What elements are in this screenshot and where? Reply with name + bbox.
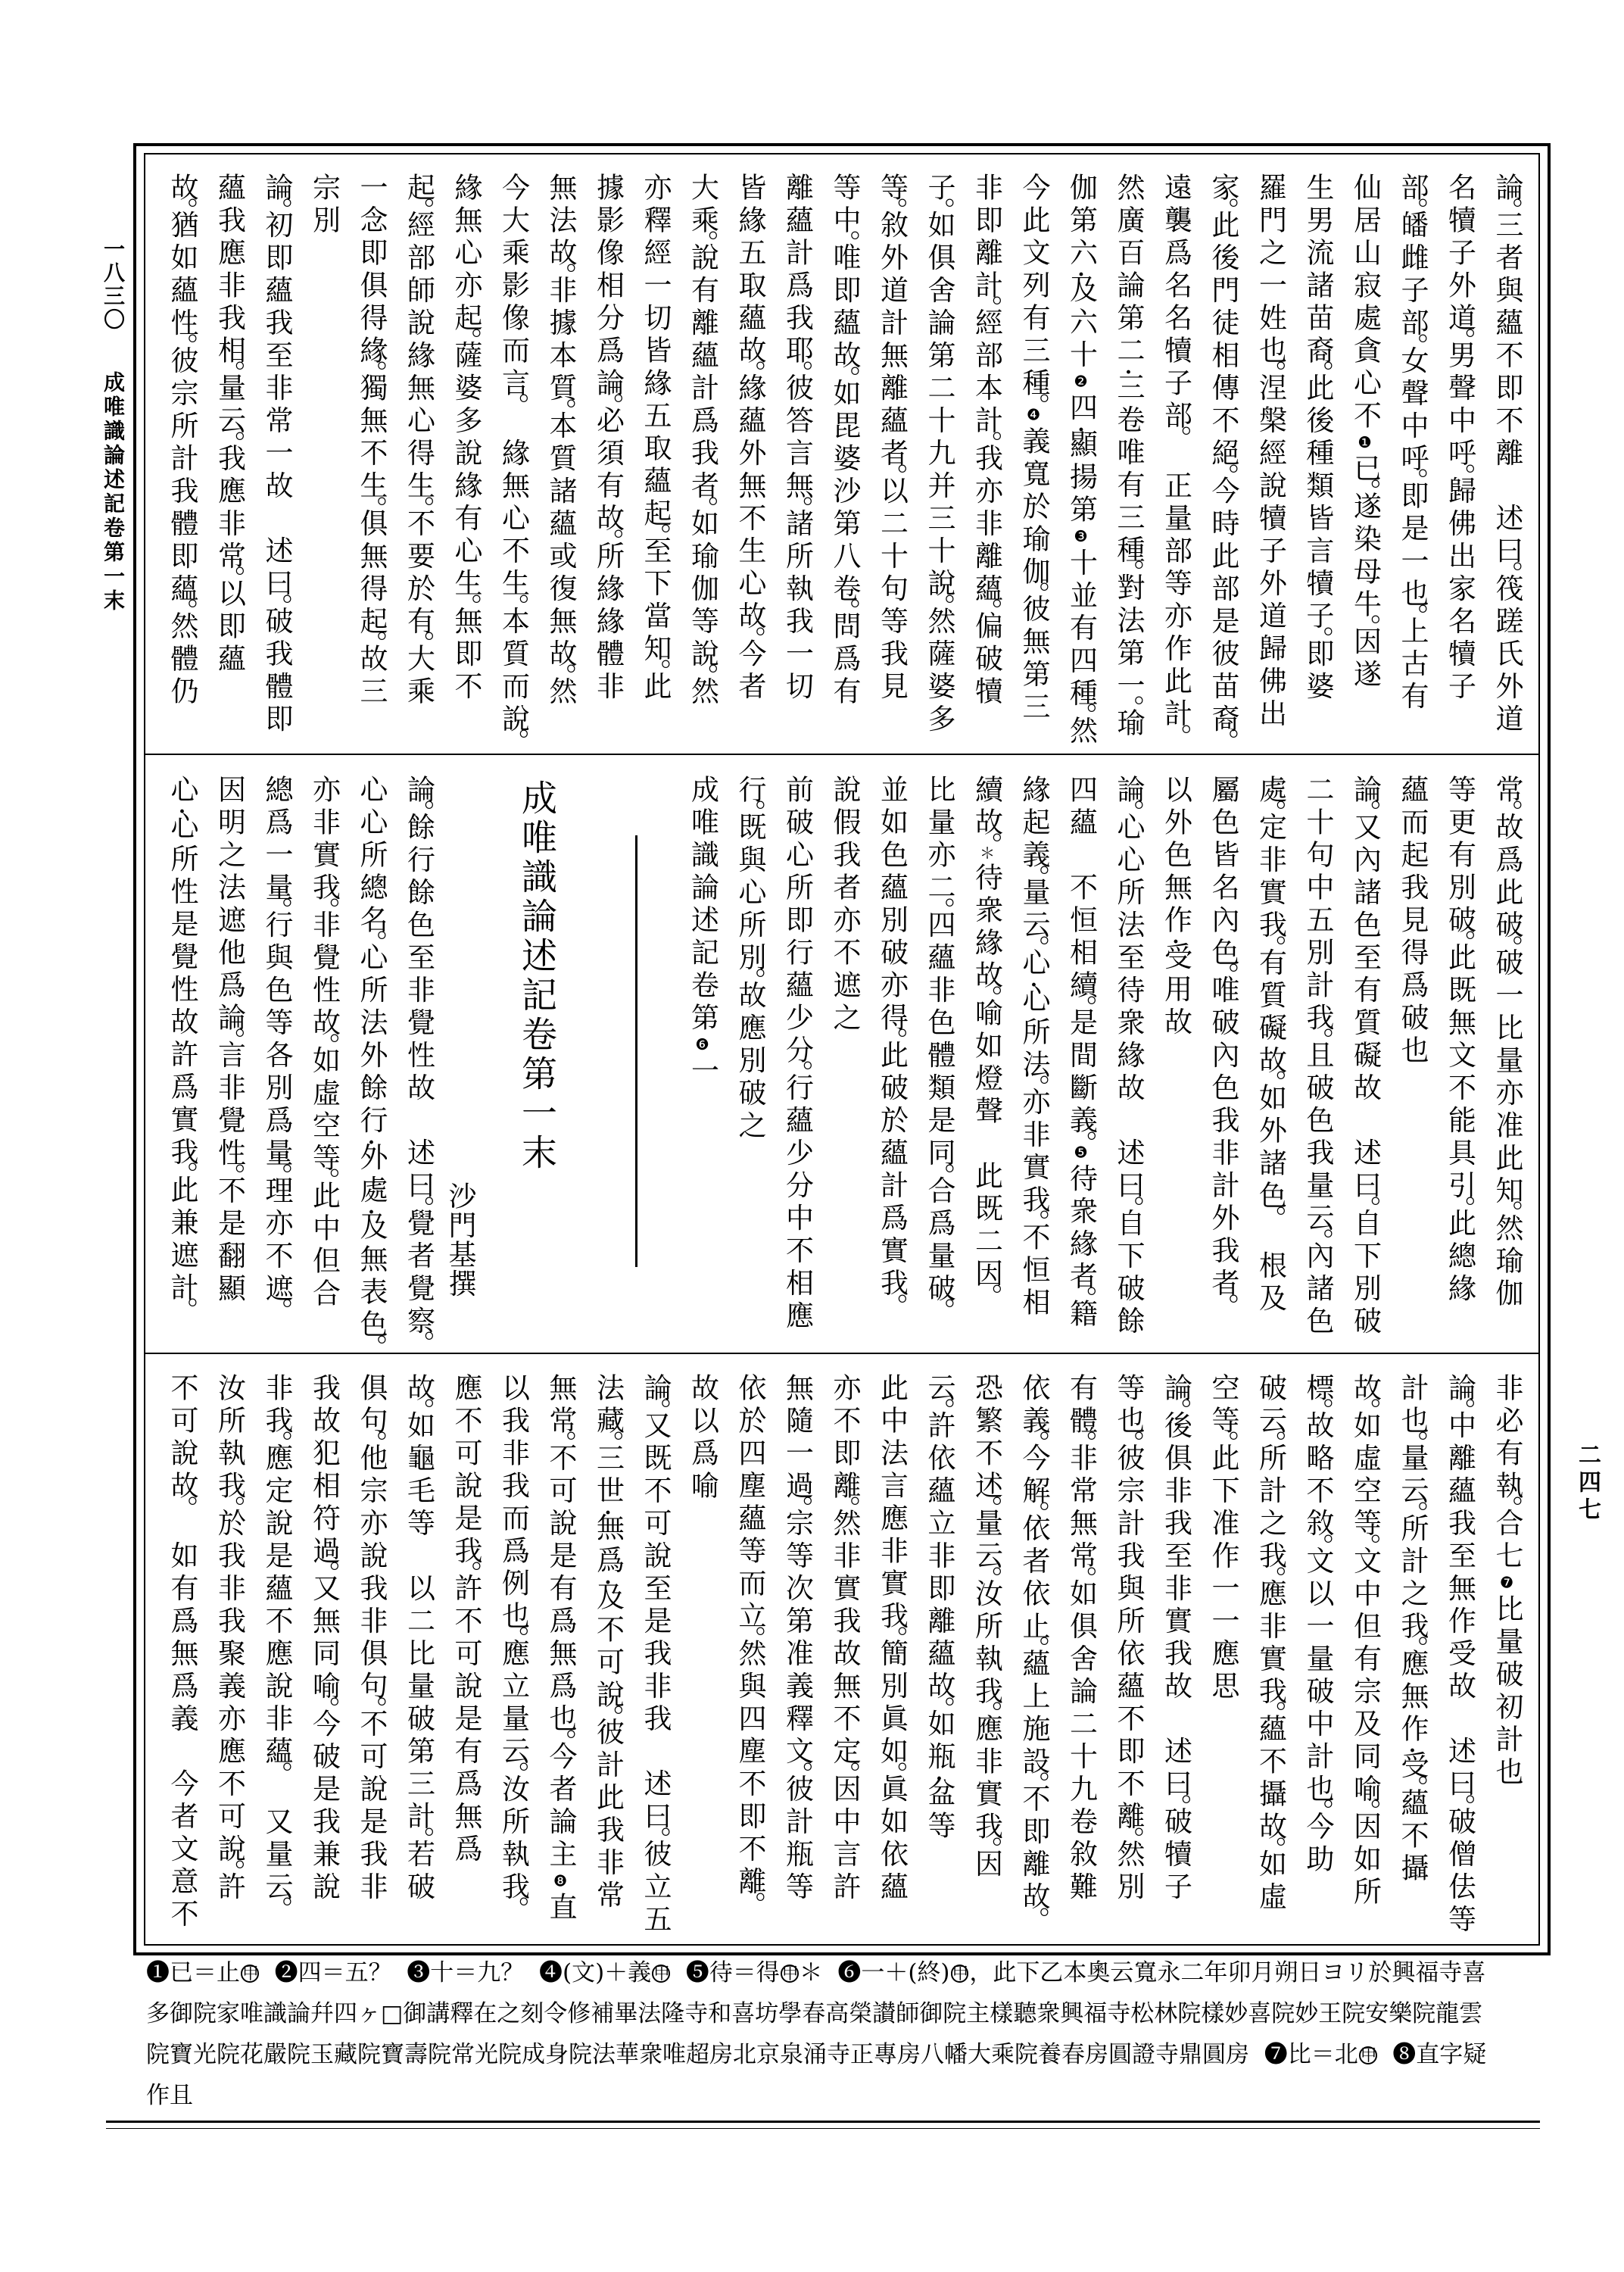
text-column: 比量亦二。四蘊非色體類是同。合爲量破。 [915,755,963,1353]
running-title: 成唯識論述記卷第一末 [101,371,126,613]
text-column: 我故犯相符過。又無同喻。今破是我兼說 [300,1354,348,1946]
text-column: 依義。今解。依者依止。蘊上施設。不即離故。 [1010,1354,1058,1946]
text-column: 宗別 [300,154,348,754]
text-column: 等也。彼宗計我與所依蘊不即不離。然別 [1105,1354,1152,1946]
text-column: 說假我者亦不遮之 [821,755,868,1353]
footnote-line: 多御院家唯識論幷四ヶ□御講釋在之刻令修補畢法隆寺和喜坊學春高榮讃師御院主樣聽衆興… [146,1993,1539,2034]
text-column: 蘊而起我見得爲破也 [1389,755,1436,1353]
footnote-text: ❷四＝五？ ❸十＝九？ ❹(文)＋義 [260,1959,651,1986]
text-column: 緣起義。量云。心·心所法。亦非實我。不恒相 [1010,755,1058,1353]
text-column: 云。許依蘊立非即離蘊故。如瓶·盆等 [915,1354,963,1946]
text-column: 起。經部師說緣無心得生。不要於有。大乘 [394,154,442,754]
text-column: 大乘。說有離蘊計爲我者。如瑜伽等說。然 [678,154,726,754]
footnote-text: ＊ ❻一＋(終) [800,1959,950,1986]
text-column: 法藏。三世·無爲·及不可說。彼計此我非常 [584,1354,631,1946]
footnote-text: 多御院家唯識論幷四ヶ□御講釋在之刻令修補畢法隆寺和喜坊學春高榮讃師御院主樣聽衆興… [146,2000,1482,2027]
text-column: 家。此後門徒相傳不絕。今時此部是彼苗裔。 [1199,154,1247,754]
text-column: 論。初即蘊我至非常一故 述曰。破我體即 [253,154,301,754]
end-title: 成唯識論述記卷第❻一 [678,755,726,1353]
text-column: 此中法言應非實我。簡別眞如。眞如依蘊 [868,1354,915,1946]
footnotes: ❶已＝止甲 ❷四＝五？ ❸十＝九？ ❹(文)＋義甲 ❺待＝得甲＊ ❻一＋(終)甲… [146,1952,1539,2116]
footnote-text: ，此下乙本奧云寬永二年卯月朔日ヨリ於興福寺喜 [969,1959,1485,1986]
text-column: 亦不即離。然非實我故無不定。因中言許 [821,1354,868,1946]
text-column: 故。猶如蘊性。彼宗所計我體即蘊。然體仍 [158,154,206,754]
text-column: 亦非實我。非覺性故。如虛空等。此中但合 [300,755,348,1353]
text-column: 緣無心亦起。薩婆多說緣有心生。無即不 [442,154,490,754]
middle-register: 常。故爲此破。破一比量亦准此知。然瑜伽等更有別破。此既無文不能具引。此總緣蘊而起… [157,755,1530,1353]
text-column: 故。如龜毛等 以二比量破第三計。若破 [394,1354,442,1946]
footnote-line: ❶已＝止甲 ❷四＝五？ ❸十＝九？ ❹(文)＋義甲 ❺待＝得甲＊ ❻一＋(終)甲… [146,1952,1539,1993]
text-column: 處。定非實我。有質礙故。如外諸色。 根及 [1246,755,1294,1353]
text-column: 伽第六·及六十❷四·顯揚第❸十並有四種。然 [1057,154,1105,754]
text-column: 計也。量云。所計之我。應無作·受。蘊不攝 [1389,1354,1436,1946]
lower-register: 非必有執。合七❼比量破初計也論。中離蘊我至無作受故 述曰。破僧佉等計也。量云。所… [157,1354,1530,1946]
text-column: 有體。非常無常。如俱舍論二十九卷敘難 [1057,1354,1105,1946]
text-column: 部。皤雌子部。女聲中呼。即是一也。上古有 [1389,154,1436,754]
text-column: 續故。＊待衆緣故。喻如燈聲 此既二因。 [962,755,1010,1353]
text-column: 一念即俱得緣。獨無不生。俱無得起。故三 [348,154,395,754]
text-column: 等中。唯即蘊故。如毘婆沙第八卷。問爲有 [821,154,868,754]
text-column: 無隨一過。宗等次第准義釋文。彼計瓶等 [773,1354,821,1946]
text-column: 以我非我而爲例也。應立量云。汝所執我。 [489,1354,537,1946]
upper-register: 論。三者與蘊不即不離 述曰。筏蹉氏外道名犢子外道。男聲中呼。歸佛出家名犢子部。皤… [157,154,1530,754]
text-column: 心·心所性是覺性故許爲實我。此兼遮計。 [158,755,206,1353]
text-column: 二十句中五別計我。且破色我量云。內諸色 [1294,755,1342,1353]
text-column: 非即離計。經部本計。我亦非離蘊。偏破犢 [962,154,1010,754]
text-column: 羅門之一姓也。涅槃經說犢子外道歸佛出 [1246,154,1294,754]
text-column: 然廣百論第二·三卷唯有三種。對法第一。瑜 [1105,154,1152,754]
running-header: 一八三〇成唯識論述記卷第一末 [101,238,124,613]
footnote-line: 作且 [146,2075,1539,2116]
text-column: 亦釋經一切皆緣五取蘊起。至下當知。此 [631,154,679,754]
text-column: 今此文列有三種。❹義寬於瑜伽。彼無第三 [1010,154,1058,754]
text-column: 恐繁不述。量云。汝所執我。應非實我。因 [962,1354,1010,1946]
footnote-line: 院寶光院花嚴院玉藏院寶壽院常光院成身院法華衆唯超房北京泉涌寺正專房八幡大乘院養春… [146,2034,1539,2075]
text-column: 論。又既不可說至是我非我 述曰。彼立五 [631,1354,679,1946]
text-column: 皆緣五取蘊故。緣蘊外無不生心故。今者 [726,154,774,754]
text-column: 以外色無作·受用故 [1152,755,1199,1353]
text-column: 心心所總名。心所法外餘行·外處·及無表色。 [348,755,395,1353]
text-column: 論。餘行餘色至非覺性故 述曰。覺者覺察。 [394,755,442,1353]
text-column: 名犢子外道。男聲中呼。歸佛出家名犢子 [1435,154,1483,754]
text-column: 行。既與心所別。故應別破之 [726,755,774,1353]
title: 成唯識論述記卷第一末 [477,755,595,1353]
text-column: 總爲一量。行與色等各別爲量。理亦不遮。 [253,755,301,1353]
text-column: 汝所執我。於我非我聚義亦應不可說。許 [205,1354,253,1946]
author: 沙門基撰 [442,755,478,1353]
text-column: 依於四塵蘊等而立。然與四塵不即不離。 [726,1354,774,1946]
bottom-rule [106,2128,1540,2129]
text-column: 無法故。非據本質。本質諸蘊或復無故。然 [537,154,584,754]
text-serial-number: 一八三〇 [101,238,126,332]
text-column: 遠襲爲名名犢子部。 正量部等亦作此計。 [1152,154,1199,754]
page-number: 二四七 [1575,1443,1599,1525]
text-column: 無常。不可說是有爲無爲也。今者論主❽直 [537,1354,584,1946]
text-column: 四蘊 不恒相續。是間斷義。❺待衆緣者。籍 [1057,755,1105,1353]
footnote-text: ❽直字疑 [1378,2041,1487,2068]
column-rule [595,755,678,1353]
edition-mark-circle: 甲 [951,1965,969,1983]
footnote-text: ❶已＝止 [146,1959,240,1986]
text-column: 前破心所即行蘊少分。行蘊少分中不相應 [773,755,821,1353]
text-column: 屬色皆名內色。唯破內色我非計外我者。 [1199,755,1247,1353]
text-column: 蘊我應非我相。量云。我應非常。以即蘊 [205,154,253,754]
text-column: 破云。所計之我。應非實我。蘊不攝故。如虛 [1246,1354,1294,1946]
text-column: 應不可說是我。許不可說是有爲無爲 [442,1354,490,1946]
text-column: 論。三者與蘊不即不離 述曰。筏蹉氏外道 [1483,154,1531,754]
bottom-rule [106,2121,1540,2123]
edition-mark-circle: 甲 [781,1965,799,1983]
text-column: 俱句。他宗亦說我非俱句。不可說是我非 [348,1354,395,1946]
footnote-text: 作且 [146,2082,193,2109]
text-column: 非必有執。合七❼比量破初計也 [1483,1354,1531,1946]
edition-mark-circle: 甲 [241,1965,259,1983]
text-column: 子。如俱舍論第二十九并三十說。然薩婆多 [915,154,963,754]
text-column: 因明之法遮他爲論。言非覺性。不是翻顯 [205,755,253,1353]
text-column: 今大乘影像而言。 緣無心不生。本質而說。 [489,154,537,754]
text-column: 離蘊計爲我耶。彼答言無。諸所執我一切 [773,154,821,754]
text-column: 並如色蘊別破亦得。此破於蘊計爲實我。 [868,755,915,1353]
text-column: 不可說故。 如有爲無爲義 今者文意不 [158,1354,206,1946]
text-column: 論。後俱非我至非實我故 述曰。破犢子 [1152,1354,1199,1946]
footnote-text: 院寶光院花嚴院玉藏院寶壽院常光院成身院法華衆唯超房北京泉涌寺正專房八幡大乘院養春… [146,2041,1358,2068]
text-column: 生男流諸苗裔。此後種類皆言犢子。即婆 [1294,154,1342,754]
text-column: 等。敘外道計無離蘊者。以二十句等我見 [868,154,915,754]
text-column: 空等。此下准作一一應思 [1199,1354,1247,1946]
text-column: 等更有別破。此既無文不能具引。此總緣 [1435,755,1483,1353]
text-column: 論。心心所法至待衆緣故 述曰。自下破餘 [1105,755,1152,1353]
text-column: 故。如虛空等。文中但有宗及同喻。因如所 [1341,1354,1389,1946]
text-column: 常。故爲此破。破一比量亦准此知。然瑜伽 [1483,755,1531,1353]
text-column: 標。故略不敘。文以一量破中計也。今助 [1294,1354,1342,1946]
edition-mark-circle: 甲 [1359,2046,1377,2064]
edition-mark-circle: 甲 [652,1965,670,1983]
text-column: 論。中離蘊我至無作受故 述曰。破僧佉等 [1435,1354,1483,1946]
text-column: 故以爲喻 [678,1354,726,1946]
text-column: 論。又內諸色至有質礙故 述曰。自下別破 [1341,755,1389,1353]
text-column: 非我。應定說是蘊不應說非蘊。 又量云。 [253,1354,301,1946]
text-column: 仙居山寂處貪心不❶已。遂染母牛。因遂 [1341,154,1389,754]
text-column: 據影像相分爲論。必須有故。所緣緣體非 [584,154,631,754]
footnote-text: ❺待＝得 [671,1959,780,1986]
